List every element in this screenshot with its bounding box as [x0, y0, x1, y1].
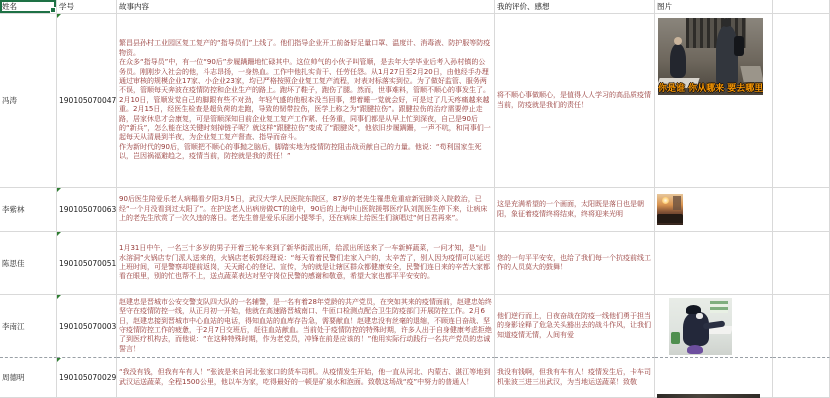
review-cell[interactable]: 这是充满希望的一个画面，太阳既是落日也是朝阳，象征着疫情终将结束，终将迎来光明	[495, 188, 655, 232]
student-id-cell[interactable]: 190105070003	[57, 295, 117, 358]
review-cell[interactable]: 您的一句平平安安，也给了我们每一个抗疫前线工作的人员莫大的鼓舞！	[495, 232, 655, 295]
student-id-cell[interactable]: 190105070047	[57, 14, 117, 188]
spreadsheet: 姓名 学号 故事内容 我的评价、感想 图片 冯涛 190105070047 繁昌…	[0, 0, 830, 398]
column-header-story[interactable]: 故事内容	[117, 0, 495, 14]
empty-cell[interactable]	[773, 14, 830, 188]
standing-man-shape	[716, 26, 738, 88]
review-text: 这是充满希望的一个画面，太阳既是落日也是朝阳，象征着疫情终将结束，终将迎来光明	[497, 200, 652, 219]
student-id-value: 190105070029	[59, 373, 116, 382]
name-cell[interactable]: 周德明	[0, 358, 57, 398]
error-indicator-icon	[57, 188, 61, 192]
embedded-photo-street-checkpoint[interactable]: 你是谁 你从哪来 要去哪里	[658, 18, 763, 95]
story-text: “我没有钱，但我有车有人！”张波是来自河北张家口的货车司机。从疫情发生开始，他一…	[119, 368, 492, 387]
student-id-value: 190105070051	[59, 259, 116, 268]
picture-cell[interactable]	[655, 358, 773, 398]
student-id-cell[interactable]: 190105070029	[57, 358, 117, 398]
story-cell[interactable]: 繁昌县孙村工业园区复工复产的“指导员们”上线了。他们指导企业开工前备好足量口罩、…	[117, 14, 495, 188]
embedded-photo-sunset[interactable]	[657, 194, 683, 225]
review-text: 您的一句平平安安，也给了我们每一个抗疫前线工作的人员莫大的鼓舞！	[497, 254, 652, 273]
sun-shape	[662, 197, 669, 204]
story-cell[interactable]: 90后医生陪爱乐老人病榻看夕阳3月5日，武汉大学人民医院东院区，87岁的老先生罹…	[117, 188, 495, 232]
backpack-shape	[734, 36, 744, 56]
error-indicator-icon	[57, 232, 61, 236]
empty-cell[interactable]	[773, 295, 830, 358]
embedded-photo-blood-donation[interactable]	[669, 298, 732, 355]
empty-cell[interactable]	[773, 358, 830, 398]
student-id-cell[interactable]: 190105070063	[57, 188, 117, 232]
story-cell[interactable]: 赵建忠是晋城市公安交警支队四大队的一名辅警，是一名有着28年党龄的共产党员，在突…	[117, 295, 495, 358]
story-text: 1月31日中午，一名三十多岁的男子开着三轮车来到了新华街派出所，给派出所送来了一…	[119, 244, 492, 282]
bin-shape	[671, 332, 680, 344]
column-header-student-id[interactable]: 学号	[57, 0, 117, 14]
review-cell[interactable]: 将不顺心事做顺心，是值得人人学习的高品质疫情当前，防疫就是我们的责任！	[495, 14, 655, 188]
empty-cell[interactable]	[773, 232, 830, 295]
error-indicator-icon	[57, 358, 61, 362]
review-cell[interactable]: 我没有钱啊，但我有车有人！疫情发生后，卡车司机张波三进三出武汉，为当地运送蔬菜！…	[495, 358, 655, 398]
empty-cell[interactable]	[773, 188, 830, 232]
name-cell[interactable]: 陈思佳	[0, 232, 57, 295]
error-indicator-icon	[57, 14, 61, 18]
student-id-cell[interactable]: 190105070051	[57, 232, 117, 295]
column-header-review[interactable]: 我的评价、感想	[495, 0, 655, 14]
building-shape	[673, 196, 681, 210]
review-text: 我没有钱啊，但我有车有人！疫情发生后，卡车司机张波三进三出武汉，为当地运送蔬菜！…	[497, 368, 652, 387]
name-cell[interactable]: 冯涛	[0, 14, 57, 188]
student-id-value: 190105070047	[59, 96, 116, 105]
review-text: 将不顺心事做顺心，是值得人人学习的高品质疫情当前，防疫就是我们的责任！	[497, 91, 652, 110]
cart-shape	[740, 66, 763, 82]
poster-shape	[710, 301, 728, 313]
picture-cell[interactable]	[655, 232, 773, 295]
story-cell[interactable]: “我没有钱，但我有车有人！”张波是来自河北张家口的货车司机。从疫情发生开始，他一…	[117, 358, 495, 398]
story-text: 繁昌县孙村工业园区复工复产的“指导员们”上线了。他们指导企业开工前备好足量口罩、…	[119, 39, 492, 161]
column-header-name[interactable]: 姓名	[0, 0, 57, 14]
story-text: 赵建忠是晋城市公安交警支队四大队的一名辅警，是一名有着28年党龄的共产党员，在突…	[119, 298, 492, 354]
student-id-value: 190105070003	[59, 322, 116, 331]
column-header-empty[interactable]	[773, 0, 830, 14]
error-indicator-icon	[57, 295, 61, 299]
review-cell[interactable]: 他们逆行而上，日夜奋战在防疫一线他们勇于担当的身影诠释了危急关头豁出去的战斗作风…	[495, 295, 655, 358]
stool-shape	[687, 345, 703, 354]
column-header-picture[interactable]: 图片	[655, 0, 773, 14]
student-id-value: 190105070063	[59, 205, 116, 214]
video-subtitle: 你是谁 你从哪来 要去哪里	[658, 81, 763, 94]
story-cell[interactable]: 1月31日中午，一名三十多岁的男子开着三轮车来到了新华街派出所，给派出所送来了一…	[117, 232, 495, 295]
face-mask-shape	[696, 313, 703, 319]
hospital-bed-shape	[657, 214, 683, 223]
name-cell[interactable]: 李紫林	[0, 188, 57, 232]
seated-officer-shape	[670, 44, 686, 78]
name-cell[interactable]: 李南江	[0, 295, 57, 358]
review-text: 他们逆行而上，日夜奋战在防疫一线他们勇于担当的身影诠释了危急关头豁出去的战斗作风…	[497, 312, 652, 340]
embedded-photo-truck-partial[interactable]	[657, 394, 760, 398]
story-text: 90后医生陪爱乐老人病榻看夕阳3月5日，武汉大学人民医院东院区，87岁的老先生罹…	[119, 195, 492, 223]
